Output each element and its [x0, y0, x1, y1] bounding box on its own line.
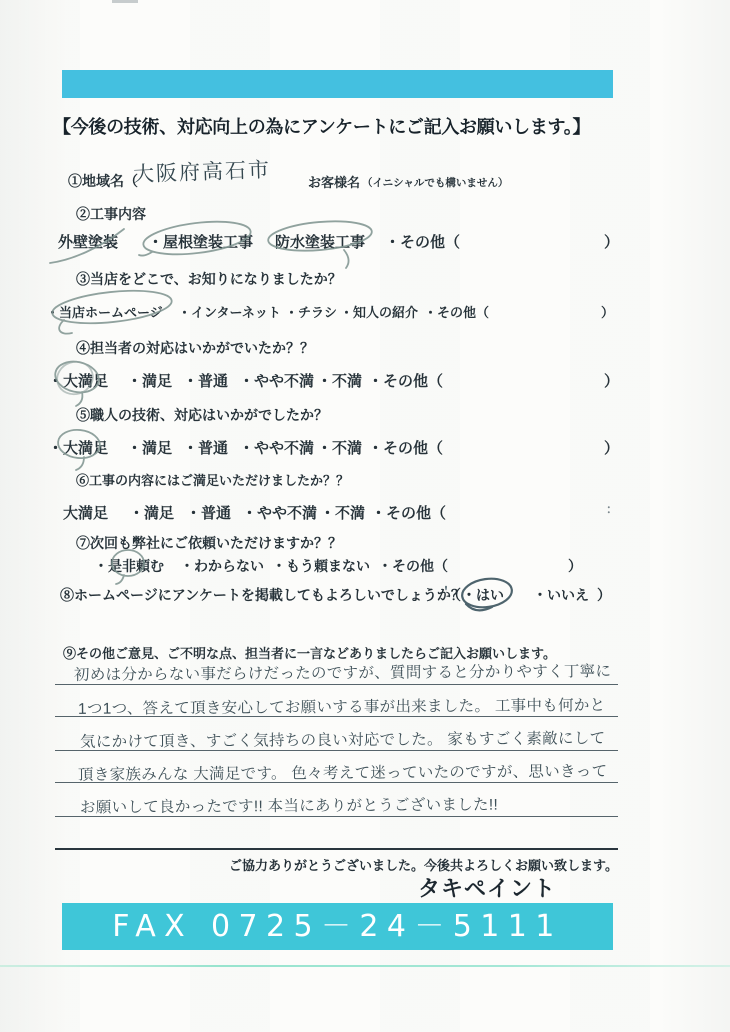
company-name: タキペイント [0, 872, 556, 903]
writing-rule-line [55, 750, 618, 751]
q2-option-other: ・その他（ [385, 231, 460, 252]
q8-option-yes: ・はい [462, 585, 504, 605]
q5-option-somewhat-dissatisfied: ・やや不満 [239, 437, 314, 458]
q3-option-flyer: ・チラシ [285, 302, 337, 321]
q1-region-answer-handwriting: 大阪府高石市 [133, 154, 272, 189]
q6-heading: ⑥工事の内容にはご満足いただけましたか？？ [76, 470, 349, 489]
q3-option-homepage: ・当店ホームページ [46, 302, 163, 321]
q6-faint-colon-artifact: ： [606, 500, 618, 517]
q9-handwritten-line: 初めは分からない事だらけだったのですが、質問すると分かりやすく丁寧に [74, 659, 611, 685]
writing-rule-line [55, 782, 618, 783]
decorative-bottom-line [0, 965, 730, 967]
q1-region-label: ①地域名（ [68, 171, 138, 191]
writing-rule-line [55, 816, 618, 817]
circle-tail-waterproof-paint [344, 250, 349, 268]
q4-paren-close: ） [604, 370, 619, 391]
q7-heading: ⑦次回も弊社にご依頼いただけますか？？ [76, 533, 342, 553]
q5-heading: ⑤職人の技術、対応はいかがでしたか？ [76, 405, 328, 425]
q2-option-roof-paint: ・屋根塗装工事 [148, 231, 253, 252]
q4-option-very-satisfied: ・大満足 [48, 370, 108, 391]
q7-option-other: ・その他（ [378, 556, 448, 576]
q8-heading: ⑧ホームページにアンケートを掲載してもよろしいでしょうか？ [60, 585, 465, 605]
q3-option-referral: ・知人の紹介 [340, 302, 418, 321]
scanned-survey-page: 【今後の技術、対応向上の為にアンケートにご記入お願いします。】 ①地域名（ 大阪… [0, 0, 730, 1032]
q7-option-definitely-ask-again: ・是非頼む [94, 556, 164, 576]
q9-handwritten-line: 1つ1つ、答えて頂き安心してお願いする事が出来ました。 工事中も何かと [78, 693, 606, 719]
q5-option-other: ・その他（ [368, 437, 443, 458]
q9-handwritten-line: お願いして良かったです!! 本当にありがとうございました!! [80, 793, 498, 818]
q2-paren-close: ） [604, 231, 619, 252]
q6-option-dissatisfied: ・不満 [320, 502, 365, 523]
writing-rule-line [55, 684, 618, 685]
q6-option-normal: ・普通 [186, 502, 231, 523]
scan-edge-artifact [112, 0, 138, 3]
circle-tail-roof-paint [139, 252, 152, 256]
q5-option-satisfied: ・満足 [127, 437, 172, 458]
q5-option-dissatisfied: ・不満 [317, 437, 362, 458]
q1-customer-label: お客様名 [308, 172, 360, 191]
q4-option-other: ・その他（ [368, 370, 443, 391]
footer-divider-line [55, 848, 618, 850]
q9-handwritten-line: 頂き家族みんな 大満足です。 色々考えて迷っていたのですが、思いきって [78, 759, 608, 785]
q3-option-internet: ・インターネット [178, 302, 281, 321]
circle-tail-q4 [76, 392, 82, 406]
q6-option-other: ・その他（ [371, 502, 446, 523]
writing-rule-line [55, 716, 618, 717]
q2-option-exterior-paint: 外壁塗装 [58, 231, 118, 252]
q8-paren-open: （ [447, 585, 461, 605]
q8-paren-close: ） [597, 585, 611, 605]
q8-option-no: ・いいえ [533, 585, 589, 605]
q3-heading: ③当店をどこで、お知りになりましたか？ [76, 269, 342, 289]
q4-heading: ④担当者の対応はいかがでいたか？？ [76, 338, 314, 358]
q2-option-waterproof-paint: 防水塗装工事 [275, 231, 365, 252]
circle-tail-q5 [76, 457, 84, 470]
q7-option-not-sure: ・わからない [180, 556, 264, 576]
q6-option-somewhat-dissatisfied: ・やや不満 [242, 502, 317, 523]
q4-option-satisfied: ・満足 [127, 370, 172, 391]
q4-option-dissatisfied: ・不満 [317, 370, 362, 391]
fax-number: FAX 0725－24－5111 [112, 909, 562, 944]
q5-paren-close: ） [604, 437, 619, 458]
q6-option-very-satisfied: 大満足 [63, 502, 108, 523]
decorative-top-bar [62, 70, 613, 98]
q2-heading: ②工事内容 [76, 204, 146, 224]
q6-option-satisfied: ・満足 [129, 502, 174, 523]
q3-option-other: ・その他（ [424, 302, 489, 321]
q4-option-somewhat-dissatisfied: ・やや不満 [239, 370, 314, 391]
circle-tail-q7 [116, 575, 124, 584]
q1-customer-note: （イニシャルでも構いません） [362, 175, 508, 190]
q5-option-normal: ・普通 [183, 437, 228, 458]
q9-handwritten-line: 気にかけて頂き、すごく気持ちの良い対応でした。 家もすごく素敵にして [80, 726, 606, 752]
circle-tail-homepage [59, 320, 72, 334]
q3-paren-close: ） [601, 302, 614, 321]
q4-option-normal: ・普通 [183, 370, 228, 391]
q5-option-very-satisfied: ・大満足 [48, 437, 108, 458]
fax-banner: FAX 0725－24－5111 [62, 903, 613, 950]
q7-paren-close: ） [568, 556, 582, 576]
form-title: 【今後の技術、対応向上の為にアンケートにご記入お願いします。】 [53, 113, 590, 139]
q7-option-never-again: ・もう頼まない [272, 556, 370, 576]
